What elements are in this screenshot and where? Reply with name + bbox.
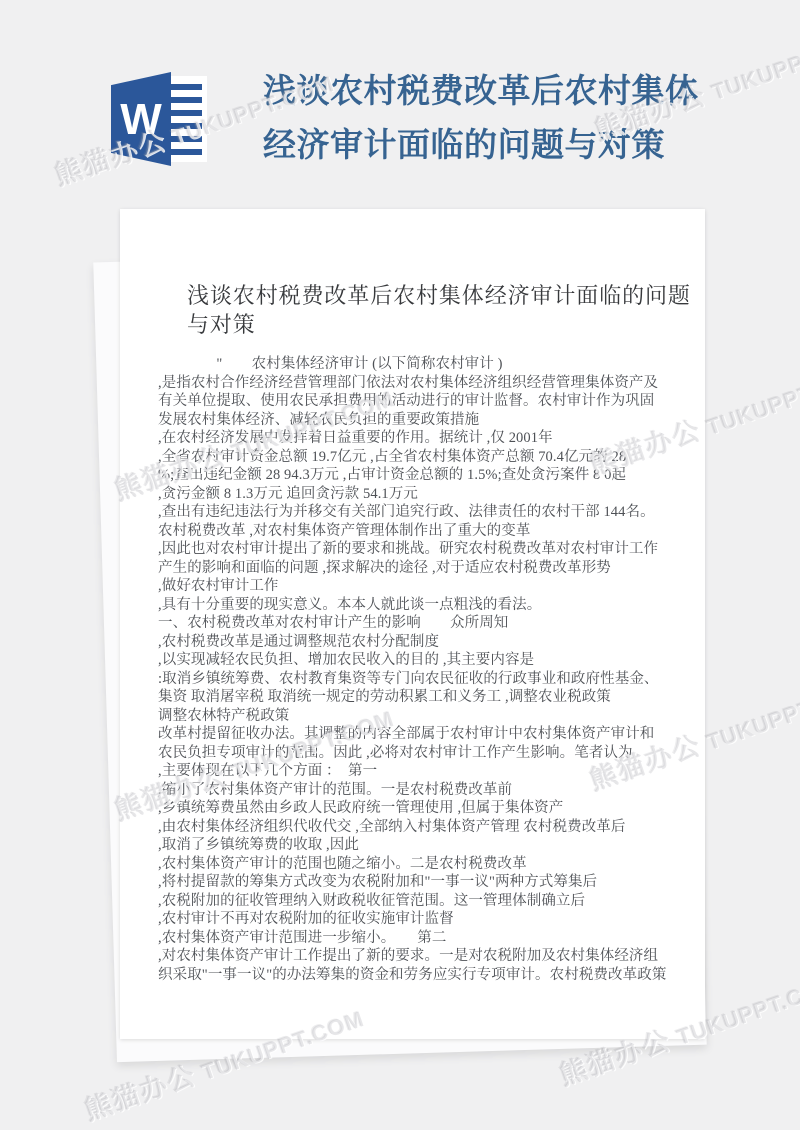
body-line: ,农村集体资产审计的范围也随之缩小。二是农村税费改革 — [158, 855, 678, 874]
word-icon-textline — [171, 123, 202, 129]
document-heading-line2: 与对策 — [187, 310, 691, 339]
body-line: %;查出违纪金额 28 94.3万元 ,占审计资金总额的 1.5%;查处贪污案件… — [158, 466, 678, 485]
watermark-brand: 熊猫办公 — [81, 1060, 200, 1126]
word-icon-textline — [171, 149, 202, 155]
document-preview-page: W 浅谈农村税费改革后农村集体 经济审计面临的问题与对策 浅谈农村税费改革后农村… — [0, 0, 800, 1130]
body-line: 产生的影响和面临的问题 ,探求解决的途径 ,对于适应农村税费改革形势 — [158, 559, 678, 578]
body-line: ,农税附加的征收管理纳入财政税收征管范围。这一管理体制确立后 — [158, 892, 678, 911]
body-line: ,对农村集体资产审计工作提出了新的要求。一是对农税附加及农村集体经济组 — [158, 947, 678, 966]
body-line: ,全省农村审计资金总额 19.7亿元 ,占全省农村集体资产总额 70.4亿元的 … — [158, 448, 678, 467]
body-line: 农村税费改革 ,对农村集体资产管理体制作出了重大的变革 — [158, 522, 678, 541]
word-icon-textline — [171, 110, 202, 116]
body-line: :取消乡镇统筹费、农村教育集资等专门向农民征收的行政事业和政府性基金、 — [158, 670, 678, 689]
body-line: 调整农林特产税政策 — [158, 707, 678, 726]
word-file-icon: W — [97, 70, 209, 166]
word-icon-textline — [171, 136, 202, 142]
body-line: 织采取"一事一议"的办法筹集的资金和劳务应实行专项审计。农村税费改革政策 — [158, 966, 678, 985]
word-icon-sheet — [165, 76, 207, 162]
document-body: " 农村集体经济审计 (以下简称农村审计 ),是指农村合作经济经营管理部门依法对… — [158, 355, 678, 984]
page-title-line1: 浅谈农村税费改革后农村集体 — [263, 65, 699, 119]
document-heading: 浅谈农村税费改革后农村集体经济审计面临的问题 与对策 — [187, 281, 691, 339]
body-line: ,以实现减轻农民负担、增加农民收入的目的 ,其主要内容是 — [158, 651, 678, 670]
body-line: ,农村税费改革是通过调整规范农村分配制度 — [158, 633, 678, 652]
body-line: ,主要体现在以下几个方面 ： 第一 — [158, 762, 678, 781]
body-line: ,取消了乡镇统筹费的收取 ,因此 — [158, 836, 678, 855]
body-line: 有关单位提取、使用农民承担费用的活动进行的审计监督。农村审计作为巩固 — [158, 392, 678, 411]
page-title-line2: 经济审计面临的问题与对策 — [263, 119, 699, 173]
body-line: 发展农村集体经济、减轻农民负担的重要政策措施 — [158, 411, 678, 430]
body-line: ,贪污金额 8 1.3万元 追回贪污款 54.1万元 — [158, 485, 678, 504]
page-title: 浅谈农村税费改革后农村集体 经济审计面临的问题与对策 — [263, 65, 699, 173]
body-line: 集资 取消屠宰税 取消统一规定的劳动积累工和义务工 ,调整农业税政策 — [158, 688, 678, 707]
body-line: 一、农村税费改革对农村审计产生的影响 众所周知 — [158, 614, 678, 633]
body-line: ,乡镇统筹费虽然由乡政人民政府统一管理使用 ,但属于集体资产 — [158, 799, 678, 818]
body-line: ,农村审计不再对农税附加的征收实施审计监督 — [158, 910, 678, 929]
body-line: ,因此也对农村审计提出了新的要求和挑战。研究农村税费改革对农村审计工作 — [158, 540, 678, 559]
body-line: ,缩小了农村集体资产审计的范围。一是农村税费改革前 — [158, 781, 678, 800]
document-heading-line1: 浅谈农村税费改革后农村集体经济审计面临的问题 — [187, 281, 691, 310]
body-line: ,由农村集体经济组织代收代交 ,全部纳入村集体资产管理 农村税费改革后 — [158, 818, 678, 837]
word-icon-textline — [171, 97, 202, 103]
word-icon-letter: W — [120, 98, 162, 142]
word-icon-textline — [171, 84, 202, 90]
document-page: 浅谈农村税费改革后农村集体经济审计面临的问题 与对策 " 农村集体经济审计 (以… — [120, 209, 705, 1039]
watermark-site: TUKUPPT.COM — [702, 26, 800, 107]
body-line: ,做好农村审计工作 — [158, 577, 678, 596]
body-line: 农民负担专项审计的范围。因此 ,必将对农村审计工作产生影响。笔者认为 — [158, 744, 678, 763]
body-line: ,查出有违纪违法行为并移交有关部门追究行政、法律责任的农村干部 144名。 — [158, 503, 678, 522]
body-line: ,是指农村合作经济经营管理部门依法对农村集体经济组织经营管理集体资产及 — [158, 374, 678, 393]
body-line: ,在农村经济发展中发挥着日益重要的作用。据统计 ,仅 2001年 — [158, 429, 678, 448]
body-line: ,农村集体资产审计范围进一步缩小。 第二 — [158, 929, 678, 948]
watermark-site: TUKUPPT.COM — [697, 361, 800, 442]
body-line: ,将村提留款的筹集方式改变为农税附加和"一事一议"两种方式筹集后 — [158, 873, 678, 892]
word-icon-cover: W — [111, 72, 171, 166]
watermark-site: TUKUPPT.COM — [697, 676, 800, 757]
body-line: 改革村提留征收办法。其调整的内容全部属于农村审计中农村集体资产审计和 — [158, 725, 678, 744]
body-line: " 农村集体经济审计 (以下简称农村审计 ) — [158, 355, 678, 374]
body-line: ,具有十分重要的现实意义。本本人就此谈一点粗浅的看法。 — [158, 596, 678, 615]
